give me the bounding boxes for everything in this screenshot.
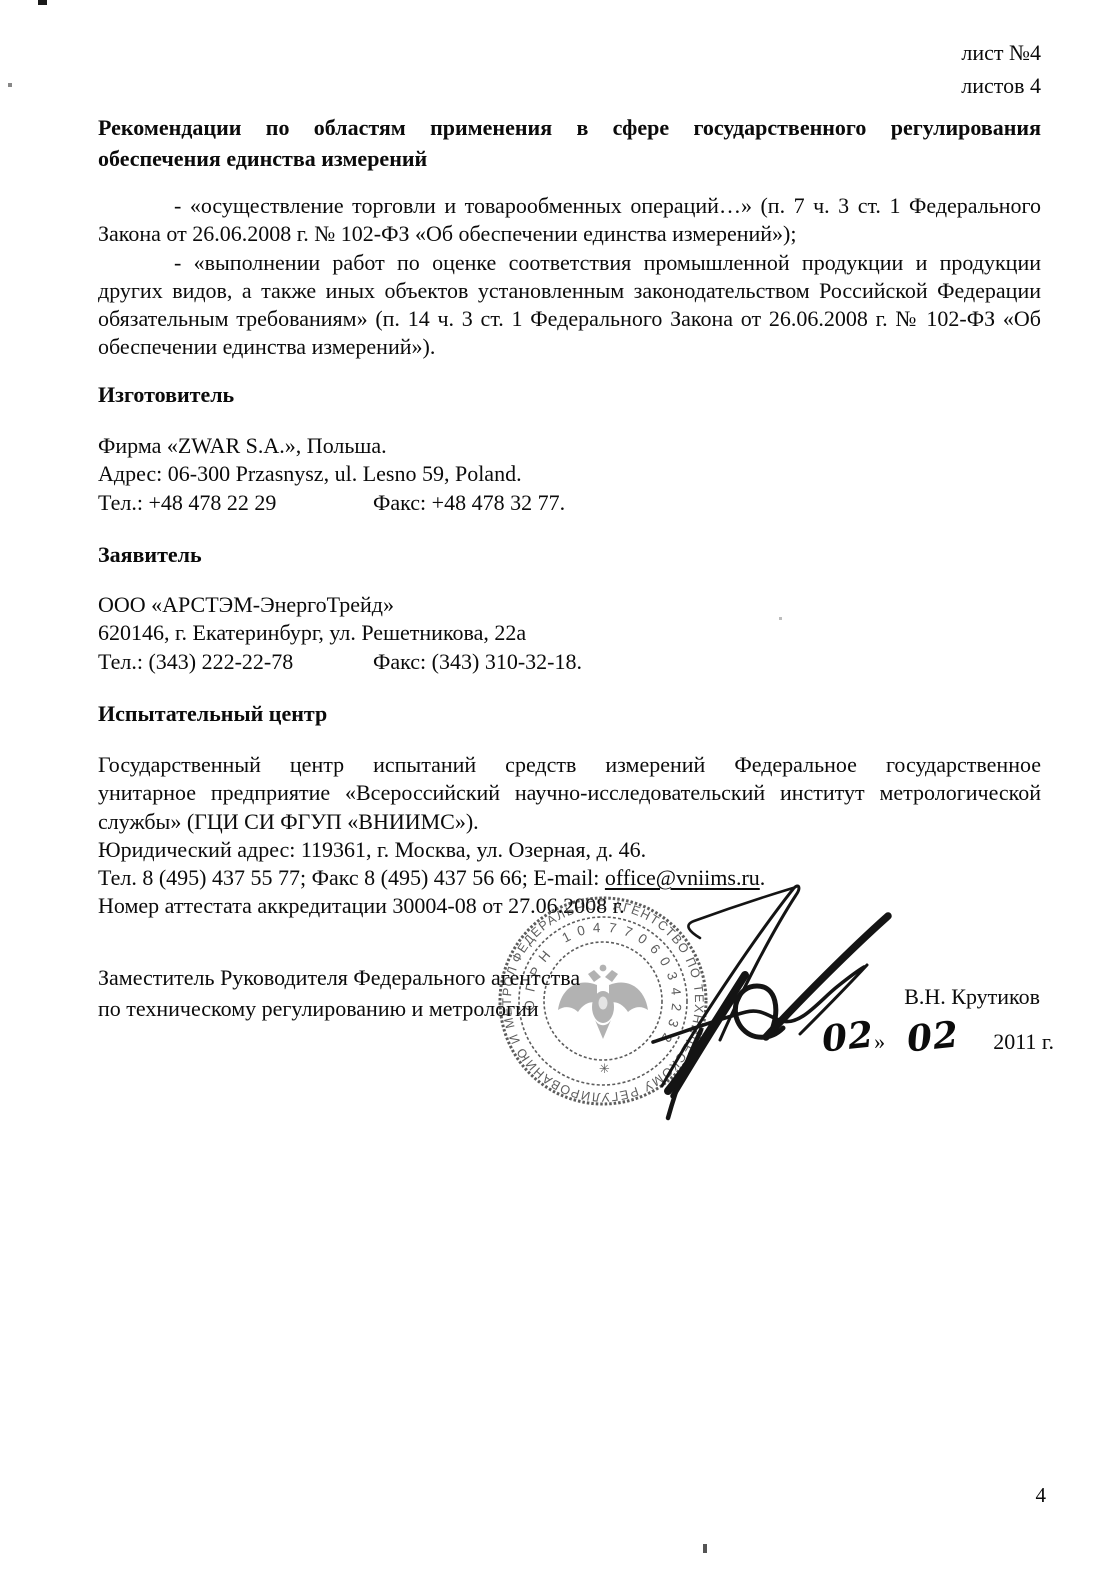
manufacturer-firm: Фирма «ZWAR S.A.», Польша. — [98, 432, 1041, 460]
sheet-counter: лист №4 листов 4 — [961, 36, 1041, 102]
title-line: обеспечения единства измерений — [98, 144, 1041, 175]
paragraph-line: - «осуществление торговли и товарообменн… — [98, 192, 1041, 220]
stamp-star-glyph: ✳ — [599, 1061, 610, 1076]
manufacturer-block: Фирма «ZWAR S.A.», Польша. Адрес: 06-300… — [98, 432, 1041, 517]
paragraph-line: - «выполнении работ по оценке соответств… — [98, 249, 1041, 277]
manufacturer-phone: Тел.: +48 478 22 29 — [98, 489, 373, 517]
section-title-recommendations: Рекомендации по областям применения в сф… — [98, 113, 1041, 174]
scanned-document-page: лист №4 листов 4 Рекомендации по областя… — [0, 0, 1098, 1572]
manufacturer-contacts: Тел.: +48 478 22 29Факс: +48 478 32 77. — [98, 489, 1041, 517]
scan-artifact-top — [38, 0, 47, 5]
manufacturer-fax: Факс: +48 478 32 77. — [373, 490, 565, 515]
test-center-heading: Испытательный центр — [98, 700, 327, 728]
applicant-fax: Факс: (343) 310-32-18. — [373, 649, 582, 674]
applicant-phone: Тел.: (343) 222-22-78 — [98, 648, 373, 676]
signature-date: 02» 02 2011 г. — [822, 1016, 1054, 1058]
manufacturer-address: Адрес: 06-300 Przasnysz, ul. Lesno 59, P… — [98, 460, 1041, 488]
paragraph-line: других видов, а также иных объектов уста… — [98, 277, 1041, 305]
test-center-line: унитарное предприятие «Всероссийский нау… — [98, 779, 1041, 807]
scan-artifact-bottom — [703, 1544, 707, 1553]
signatory-name: В.Н. Крутиков — [904, 984, 1040, 1010]
applicant-contacts: Тел.: (343) 222-22-78Факс: (343) 310-32-… — [98, 648, 1041, 676]
sheet-total: листов 4 — [961, 69, 1041, 102]
signatory-position: Заместитель Руководителя Федерального аг… — [98, 962, 580, 1024]
test-center-line: службы» (ГЦИ СИ ФГУП «ВНИИМС»). — [98, 808, 1041, 836]
paragraph-line: Закона от 26.06.2008 г. № 102-ФЗ «Об обе… — [98, 220, 1041, 248]
test-center-line: Государственный центр испытаний средств … — [98, 751, 1041, 779]
applicant-heading: Заявитель — [98, 541, 202, 569]
manufacturer-heading: Изготовитель — [98, 381, 234, 409]
position-line: Заместитель Руководителя Федерального аг… — [98, 962, 580, 993]
applicant-firm: ООО «АРСТЭМ-ЭнергоТрейд» — [98, 591, 1041, 619]
sheet-number: лист №4 — [961, 36, 1041, 69]
paragraph-line: обеспечении единства измерений»). — [98, 333, 1041, 361]
applicant-block: ООО «АРСТЭМ-ЭнергоТрейд» 620146, г. Екат… — [98, 591, 1041, 676]
page-number: 4 — [1036, 1483, 1047, 1508]
date-day-handwritten: 02 — [820, 1013, 876, 1060]
date-month-handwritten: 02 — [905, 1013, 961, 1060]
applicant-address: 620146, г. Екатеринбург, ул. Решетникова… — [98, 619, 1041, 647]
paragraph-line: обязательным требованиям» (п. 14 ч. 3 ст… — [98, 305, 1041, 333]
recommendations-body: - «осуществление торговли и товарообменн… — [98, 192, 1041, 362]
date-year-printed: 2011 г. — [993, 1029, 1054, 1055]
contacts-text: Тел. 8 (495) 437 55 77; Факс 8 (495) 437… — [98, 865, 605, 890]
position-line: по техническому регулированию и метролог… — [98, 993, 580, 1024]
scan-artifact-dot — [8, 83, 12, 87]
title-line: Рекомендации по областям применения в сф… — [98, 113, 1041, 144]
